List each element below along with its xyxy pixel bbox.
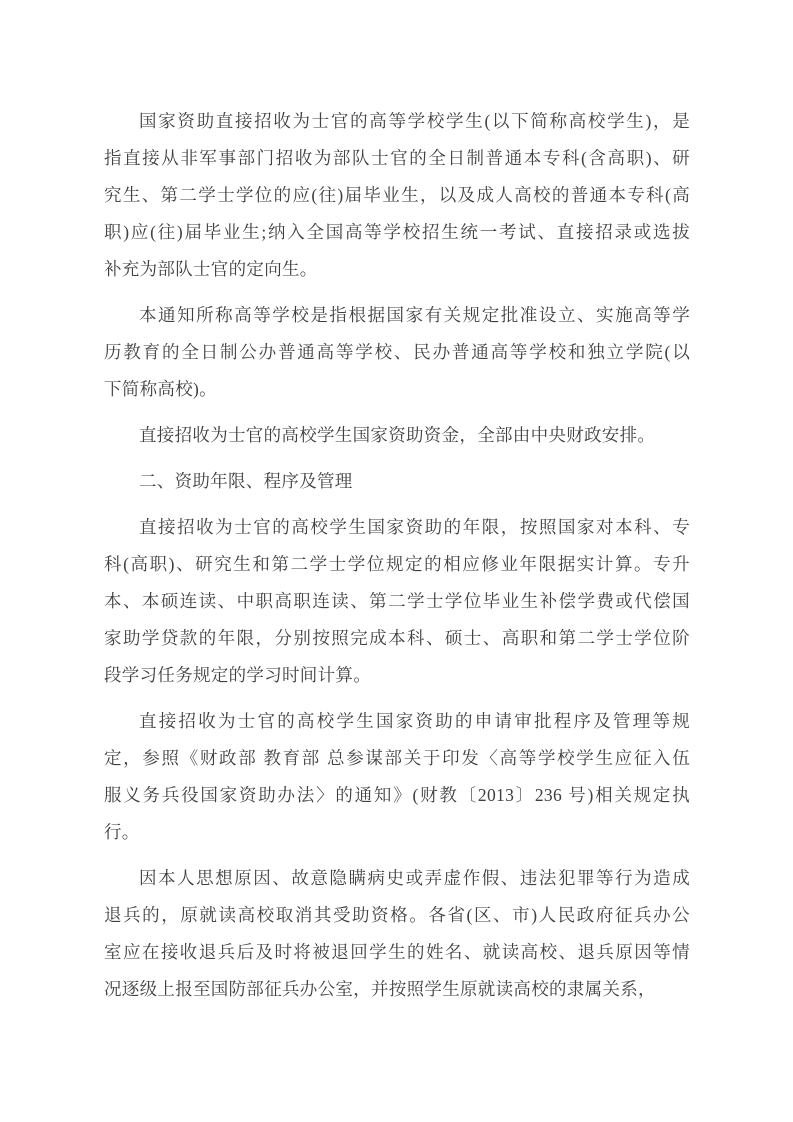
text-line: 直接招收为士官的高校学生国家资助的申请审批程序及管理等规 (104, 703, 690, 740)
heading-section-2: 二、资助年限、程序及管理 (104, 463, 690, 500)
heading-line: 二、资助年限、程序及管理 (104, 463, 690, 500)
text-line: 家助学贷款的年限，分别按照完成本科、硕士、高职和第二学士学位阶 (104, 620, 690, 657)
text-line: 职)应(往)届毕业生;纳入全国高等学校招生统一考试、直接招录或选拔 (104, 214, 690, 251)
para-definition-colleges: 本通知所称高等学校是指根据国家有关规定批准设立、实施高等学历教育的全日制公办普通… (104, 297, 690, 408)
text-line: 因本人思想原因、故意隐瞒病史或弄虚作假、违法犯罪等行为造成 (104, 860, 690, 897)
text-line: 究生、第二学士学位的应(往)届毕业生，以及成人高校的普通本专科(高 (104, 177, 690, 214)
text-line: 本通知所称高等学校是指根据国家有关规定批准设立、实施高等学 (104, 297, 690, 334)
text-line: 直接招收为士官的高校学生国家资助的年限，按照国家对本科、专 (104, 509, 690, 546)
text-line: 指直接从非军事部门招收为部队士官的全日制普通本专科(含高职)、研 (104, 140, 690, 177)
text-line: 国家资助直接招收为士官的高等学校学生(以下简称高校学生)，是 (104, 103, 690, 140)
para-funding-source: 直接招收为士官的高校学生国家资助资金，全部由中央财政安排。 (104, 417, 690, 454)
text-line: 服义务兵役国家资助办法〉的通知》(财教〔2013〕236 号)相关规定执 (104, 777, 690, 814)
text-line: 况逐级上报至国防部征兵办公室，并按照学生原就读高校的隶属关系， (104, 971, 690, 1008)
text-line: 本、本硕连读、中职高职连读、第二学士学位毕业生补偿学费或代偿国 (104, 583, 690, 620)
text-line: 定，参照《财政部 教育部 总参谋部关于印发〈高等学校学生应征入伍 (104, 740, 690, 777)
para-definition-sergeant-students: 国家资助直接招收为士官的高等学校学生(以下简称高校学生)，是指直接从非军事部门招… (104, 103, 690, 288)
document-page: 国家资助直接招收为士官的高等学校学生(以下简称高校学生)，是指直接从非军事部门招… (0, 0, 793, 1122)
para-disqualification-rules: 因本人思想原因、故意隐瞒病史或弄虚作假、违法犯罪等行为造成退兵的，原就读高校取消… (104, 860, 690, 1008)
para-funding-years: 直接招收为士官的高校学生国家资助的年限，按照国家对本科、专科(高职)、研究生和第… (104, 509, 690, 694)
text-line: 直接招收为士官的高校学生国家资助资金，全部由中央财政安排。 (104, 417, 690, 454)
text-line: 段学习任务规定的学习时间计算。 (104, 657, 690, 694)
text-line: 科(高职)、研究生和第二学士学位规定的相应修业年限据实计算。专升 (104, 546, 690, 583)
text-line: 补充为部队士官的定向生。 (104, 251, 690, 288)
para-application-procedures: 直接招收为士官的高校学生国家资助的申请审批程序及管理等规定，参照《财政部 教育部… (104, 703, 690, 851)
text-line: 历教育的全日制公办普通高等学校、民办普通高等学校和独立学院(以 (104, 334, 690, 371)
text-line: 下简称高校)。 (104, 371, 690, 408)
text-line: 行。 (104, 814, 690, 851)
text-line: 室应在接收退兵后及时将被退回学生的姓名、就读高校、退兵原因等情 (104, 934, 690, 971)
text-line: 退兵的，原就读高校取消其受助资格。各省(区、市)人民政府征兵办公 (104, 897, 690, 934)
